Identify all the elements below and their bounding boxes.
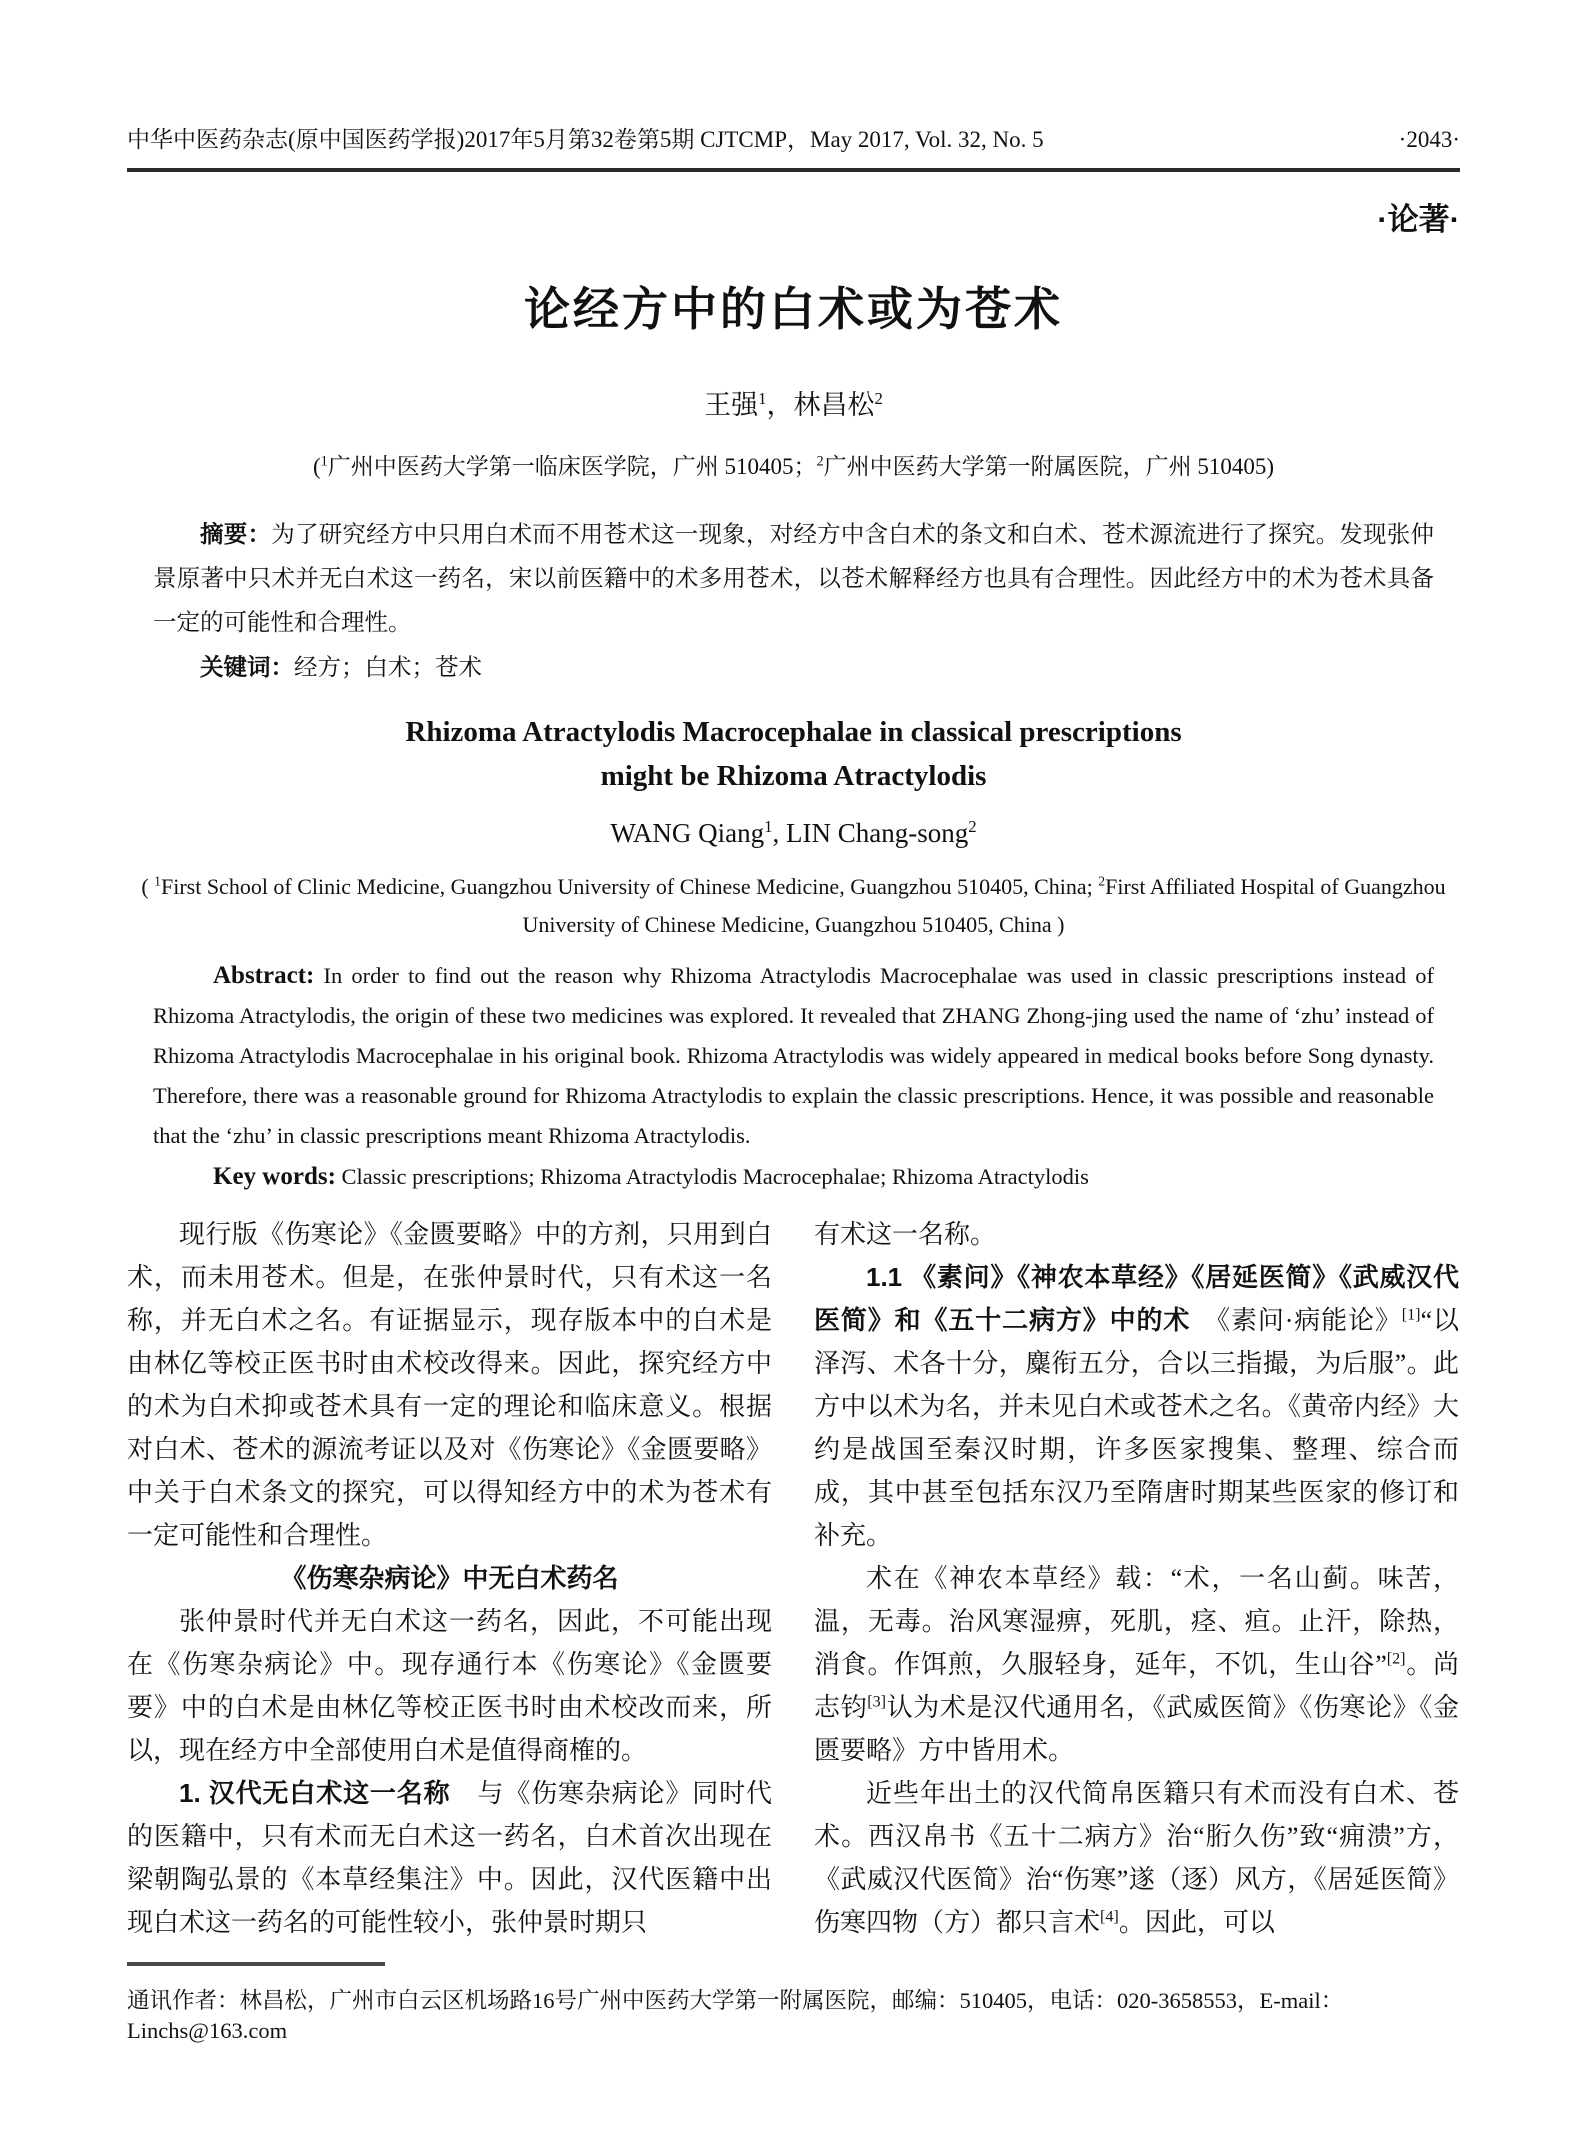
title-en-line2: might be Rhizoma Atractylodis — [127, 754, 1460, 798]
abstract-en: Abstract: In order to find out the reaso… — [127, 956, 1460, 1156]
authors-cn-separator: ， — [767, 390, 794, 420]
abstract-cn: 摘要：为了研究经方中只用白术而不用苍术这一现象，对经方中含白术的条文和白术、苍术… — [127, 512, 1460, 645]
article-title-cn: 论经方中的白术或为苍术 — [127, 282, 1460, 338]
left-column: 现行版《伤寒论》《金匮要略》中的方剂，只用到白术，而未用苍术。但是，在张仲景时代… — [127, 1213, 772, 1944]
body-paragraph: 1. 汉代无白术这一名称 与《伤寒杂病论》同时代的医籍中，只有术而无白术这一药名… — [127, 1772, 772, 1944]
journal-page: 中华中医药杂志(原中国医药学报)2017年5月第32卷第5期 CJTCMP，Ma… — [0, 0, 1587, 2154]
keywords-cn: 关键词：经方；白术；苍术 — [127, 645, 1460, 690]
abstract-en-label: Abstract: — [213, 962, 314, 989]
authors-en-separator: , — [773, 818, 787, 848]
affiliation-cn-sup2: 2 — [817, 453, 824, 469]
abstract-en-text: In order to find out the reason why Rhiz… — [153, 963, 1434, 1148]
abstract-cn-label: 摘要： — [200, 521, 271, 547]
journal-info: 中华中医药杂志(原中国医药学报)2017年5月第32卷第5期 CJTCMP，Ma… — [127, 126, 1044, 154]
page-header: 中华中医药杂志(原中国医药学报)2017年5月第32卷第5期 CJTCMP，Ma… — [127, 126, 1460, 154]
body-paragraph: 1.1 《素问》《神农本草经》《居延医简》《武威汉代医简》和《五十二病方》中的术… — [814, 1256, 1459, 1557]
author-en-1: WANG Qiang — [610, 818, 764, 848]
body-paragraph: 现行版《伤寒论》《金匮要略》中的方剂，只用到白术，而未用苍术。但是，在张仲景时代… — [127, 1213, 772, 1557]
authors-cn: 王强1，林昌松2 — [127, 388, 1460, 422]
author-cn-1: 王强 — [704, 390, 758, 420]
keywords-cn-text: 经方；白术；苍术 — [294, 655, 482, 681]
author-en-1-sup: 1 — [764, 817, 772, 836]
right-column: 有术这一名称。 1.1 《素问》《神农本草经》《居延医简》《武威汉代医简》和《五… — [814, 1213, 1459, 1944]
keywords-cn-label: 关键词： — [200, 654, 294, 680]
affiliation-cn-close: ) — [1266, 454, 1274, 479]
affiliation-en: ( 1First School of Clinic Medicine, Guan… — [127, 868, 1460, 944]
affiliation-cn-part1: 广州中医药大学第一临床医学院，广州 510405； — [328, 454, 817, 479]
header-rule — [127, 168, 1460, 172]
article-title-en: Rhizoma Atractylodis Macrocephalae in cl… — [127, 710, 1460, 798]
section-heading: 《伤寒杂病论》中无白术药名 — [127, 1557, 772, 1600]
footnote-rule — [127, 1962, 385, 1966]
author-en-2-sup: 2 — [968, 817, 976, 836]
keywords-en-label: Key words: — [213, 1163, 336, 1190]
keywords-en-text: Classic prescriptions; Rhizoma Atractylo… — [336, 1164, 1089, 1189]
title-en-line1: Rhizoma Atractylodis Macrocephalae in cl… — [127, 710, 1460, 754]
article-type-badge: ·论著· — [127, 202, 1460, 238]
author-cn-1-sup: 1 — [758, 389, 766, 408]
author-cn-2: 林昌松 — [794, 390, 875, 420]
page-number: ·2043· — [1399, 126, 1460, 154]
author-en-2: LIN Chang-song — [786, 818, 968, 848]
affiliation-en-open: ( — [141, 874, 154, 899]
corresponding-author-note: 通讯作者：林昌松，广州市白云区机场路16号广州中医药大学第一附属医院，邮编：51… — [127, 1986, 1460, 2046]
affiliation-en-sup1: 1 — [154, 874, 161, 889]
author-cn-2-sup: 2 — [875, 389, 883, 408]
affiliation-cn-open: ( — [313, 454, 321, 479]
body-paragraph: 近些年出土的汉代简帛医籍只有术而没有白术、苍术。西汉帛书《五十二病方》治“胻久伤… — [814, 1772, 1459, 1944]
body-paragraph-continuation: 有术这一名称。 — [814, 1213, 1459, 1256]
footnote: 通讯作者：林昌松，广州市白云区机场路16号广州中医药大学第一附属医院，邮编：51… — [127, 1962, 1460, 2046]
body-columns: 现行版《伤寒论》《金匮要略》中的方剂，只用到白术，而未用苍术。但是，在张仲景时代… — [127, 1213, 1460, 1944]
body-paragraph: 术在《神农本草经》载：“术，一名山蓟。味苦，温，无毒。治风寒湿痹，死肌，痉、疸。… — [814, 1557, 1459, 1772]
keywords-en: Key words: Classic prescriptions; Rhizom… — [127, 1156, 1460, 1197]
affiliation-cn-part2: 广州中医药大学第一附属医院，广州 510405 — [824, 454, 1267, 479]
affiliation-en-part1: First School of Clinic Medicine, Guangzh… — [161, 874, 1098, 899]
affiliation-cn-sup1: 1 — [321, 453, 328, 469]
authors-en: WANG Qiang1, LIN Chang-song2 — [127, 816, 1460, 850]
abstract-cn-text: 为了研究经方中只用白术而不用苍术这一现象，对经方中含白术的条文和白术、苍术源流进… — [153, 522, 1434, 636]
body-paragraph: 张仲景时代并无白术这一药名，因此，不可能出现在《伤寒杂病论》中。现存通行本《伤寒… — [127, 1600, 772, 1772]
affiliation-cn: (1广州中医药大学第一临床医学院，广州 510405；2广州中医药大学第一附属医… — [127, 452, 1460, 482]
